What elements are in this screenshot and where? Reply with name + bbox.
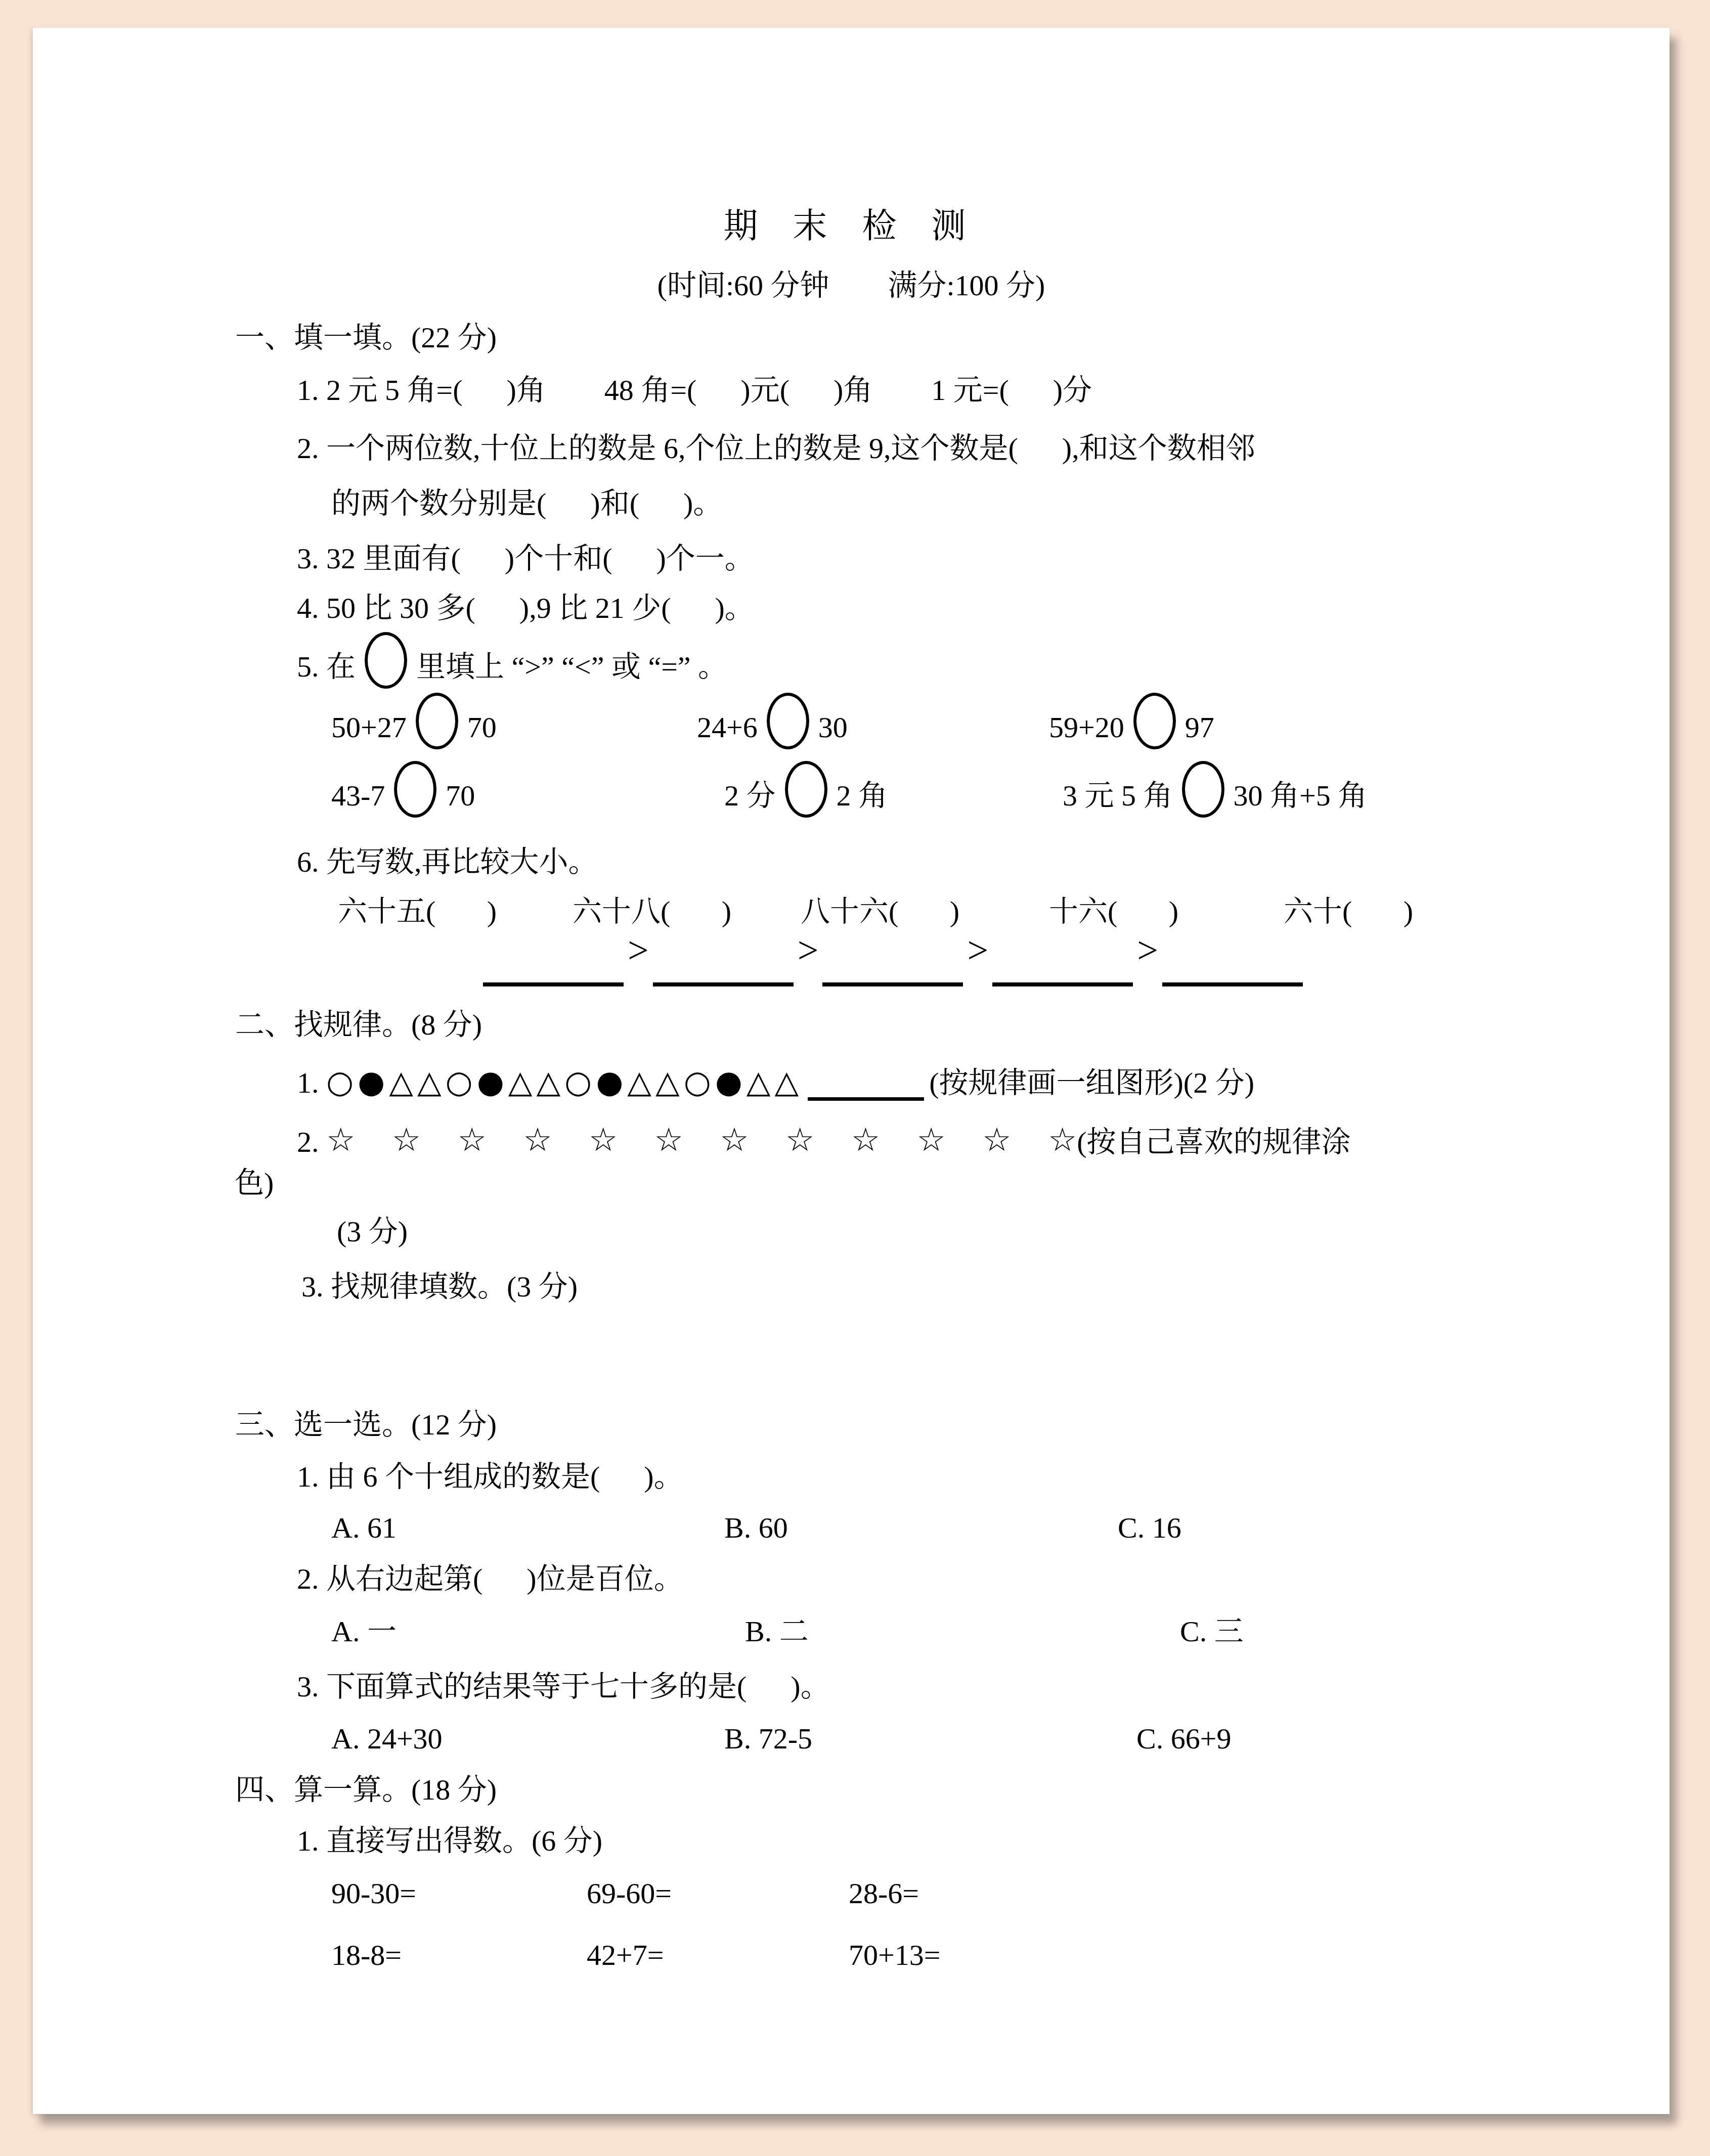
s4-q1: 1. 直接写出得数。(6 分) (297, 1823, 602, 1859)
pattern-answer-blank (808, 1093, 924, 1101)
option-cell: B. 二 (745, 1614, 809, 1649)
comparison-cell: 43-770 (331, 756, 475, 814)
calc-cell: 70+13= (849, 1938, 940, 1973)
s1-q5-prefix: 5. 在 (297, 649, 356, 685)
comparison-circle (365, 632, 407, 689)
section3-header: 三、选一选。(12 分) (235, 1407, 497, 1443)
s1-q4: 4. 50 比 30 多( ),9 比 21 少( )。 (297, 591, 754, 626)
compare-left: 24+6 (697, 710, 758, 745)
star-pattern-sequence: ☆ ☆ ☆ ☆ ☆ ☆ ☆ ☆ ☆ ☆ ☆ ☆ (326, 1121, 1077, 1160)
comparison-cell: 50+2770 (331, 688, 497, 745)
option-cell: B. 60 (724, 1510, 788, 1546)
comparison-circle (1133, 693, 1176, 749)
s2-q2-instruction: (按自己喜欢的规律涂 (1077, 1125, 1350, 1160)
greater-than-separator: > (794, 928, 823, 973)
s1-q6: 6. 先写数,再比较大小。 (297, 844, 598, 880)
ordering-blanks: >>>> (483, 938, 1303, 986)
option-cell: C. 16 (1118, 1510, 1181, 1546)
calc-cell: 42+7= (587, 1938, 664, 1973)
number-word-item: 十六( ) (1049, 894, 1178, 929)
greater-than-separator: > (624, 928, 653, 973)
s2-q2-number: 2. (297, 1125, 326, 1160)
exam-title: 期 末 检 测 (93, 206, 1610, 247)
comparison-circle (416, 693, 458, 749)
option-cell: B. 72-5 (724, 1721, 812, 1757)
compare-left: 43-7 (331, 778, 385, 814)
s2-q1: 1. ○●△△○●△△○●△△○●△△(按规律画一组图形)(2 分) (297, 1055, 1254, 1101)
compare-left: 59+20 (1049, 710, 1124, 745)
greater-than-separator: > (1133, 928, 1162, 973)
comparison-circle (785, 761, 827, 818)
calc-cell: 69-60= (587, 1876, 672, 1911)
calc-cell: 28-6= (849, 1876, 919, 1911)
greater-than-separator: > (963, 928, 992, 973)
answer-blank (483, 945, 624, 986)
s1-q1: 1. 2 元 5 角=( )角 48 角=( )元( )角 1 元=( )分 (297, 373, 1092, 408)
section1-header: 一、填一填。(22 分) (235, 320, 497, 355)
s2-q1-instruction: (按规律画一组图形)(2 分) (929, 1065, 1254, 1101)
comparison-circle (394, 761, 436, 818)
option-cell: C. 66+9 (1136, 1721, 1231, 1757)
s1-q5: 5. 在里填上 “>” “<” 或 “=” 。 (297, 627, 727, 685)
compare-right: 70 (446, 778, 475, 814)
option-cell: A. 一 (331, 1614, 397, 1649)
number-word-item: 六十八( ) (573, 894, 731, 929)
s1-q2-line2: 的两个数分别是( )和( )。 (331, 486, 722, 521)
comparison-circle (767, 693, 809, 749)
compare-left: 2 分 (724, 778, 776, 814)
number-word-item: 八十六( ) (801, 894, 959, 929)
compare-right: 97 (1185, 710, 1214, 745)
comparison-cell: 24+630 (697, 688, 848, 745)
s2-q2: 2. ☆ ☆ ☆ ☆ ☆ ☆ ☆ ☆ ☆ ☆ ☆ ☆(按自己喜欢的规律涂 (297, 1114, 1351, 1160)
s3-q3: 3. 下面算式的结果等于七十多的是( )。 (297, 1669, 830, 1704)
s2-q1-number: 1. (297, 1065, 326, 1101)
number-pattern-blank-area (301, 1322, 1515, 1398)
section4-header: 四、算一算。(18 分) (235, 1772, 497, 1808)
section2-header: 二、找规律。(8 分) (235, 1007, 482, 1043)
s2-q3: 3. 找规律填数。(3 分) (301, 1269, 578, 1305)
comparison-cell: 3 元 5 角30 角+5 角 (1063, 756, 1367, 814)
compare-left: 50+27 (331, 710, 407, 745)
option-cell: A. 61 (331, 1510, 397, 1546)
s1-q2-line1: 2. 一个两位数,十位上的数是 6,个位上的数是 9,这个数是( ),和这个数相… (297, 431, 1255, 466)
calc-cell: 90-30= (331, 1876, 416, 1911)
s1-q5-suffix: 里填上 “>” “<” 或 “=” 。 (416, 649, 727, 685)
screenshot-canvas: { "page": { "title": "期 末 检 测", "subtitl… (0, 0, 1710, 2156)
s2-q2-score: (3 分) (337, 1214, 408, 1249)
shape-pattern-sequence: ○●△△○●△△○●△△○●△△ (326, 1063, 803, 1101)
compare-left: 3 元 5 角 (1063, 778, 1173, 814)
number-word-item: 六十( ) (1284, 894, 1413, 929)
option-cell: C. 三 (1180, 1614, 1244, 1649)
comparison-cell: 2 分2 角 (724, 756, 888, 814)
compare-right: 2 角 (837, 778, 888, 814)
s3-q2: 2. 从右边起第( )位是百位。 (297, 1561, 683, 1597)
s1-q3: 3. 32 里面有( )个十和( )个一。 (297, 541, 754, 576)
number-word-item: 六十五( ) (338, 894, 497, 929)
exam-paper-page: 期 末 检 测 (时间:60 分钟 满分:100 分) 一、填一填。(22 分)… (33, 28, 1670, 2114)
answer-blank (822, 945, 963, 986)
s3-q1: 1. 由 6 个十组成的数是( )。 (297, 1459, 683, 1495)
answer-blank (653, 945, 794, 986)
compare-right: 30 角+5 角 (1234, 778, 1368, 814)
answer-blank (1162, 945, 1303, 986)
exam-subtitle: (时间:60 分钟 满分:100 分) (93, 268, 1610, 303)
calc-cell: 18-8= (331, 1938, 402, 1973)
option-cell: A. 24+30 (331, 1721, 443, 1757)
s2-q2-wrap: 色) (235, 1165, 274, 1201)
compare-right: 70 (467, 710, 497, 745)
comparison-cell: 59+2097 (1049, 688, 1214, 745)
compare-right: 30 (818, 710, 848, 745)
comparison-circle (1182, 761, 1224, 818)
answer-blank (992, 945, 1133, 986)
